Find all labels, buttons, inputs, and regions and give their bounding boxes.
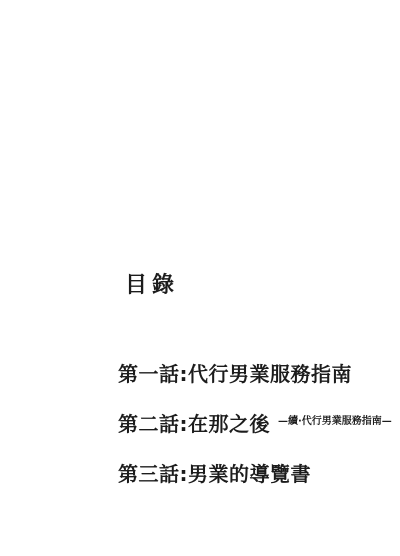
- chapter-entry-2: 第二話:在那之後 —續·代行男業服務指南—: [118, 411, 392, 437]
- toc-title: 目錄: [125, 274, 179, 298]
- chapter-2-subtitle: —續·代行男業服務指南—: [278, 416, 392, 428]
- chapter-2-label: 第二話:在那之後: [118, 411, 270, 437]
- chapter-3-label: 第三話:男業的導覽書: [118, 461, 311, 487]
- chapter-1-label: 第一話:代行男業服務指南: [118, 361, 352, 387]
- chapter-entry-1: 第一話:代行男業服務指南: [118, 361, 352, 387]
- toc-page: 目錄 第一話:代行男業服務指南 第二話:在那之後 —續·代行男業服務指南— 第三…: [0, 0, 400, 556]
- chapter-entry-3: 第三話:男業的導覽書: [118, 461, 311, 487]
